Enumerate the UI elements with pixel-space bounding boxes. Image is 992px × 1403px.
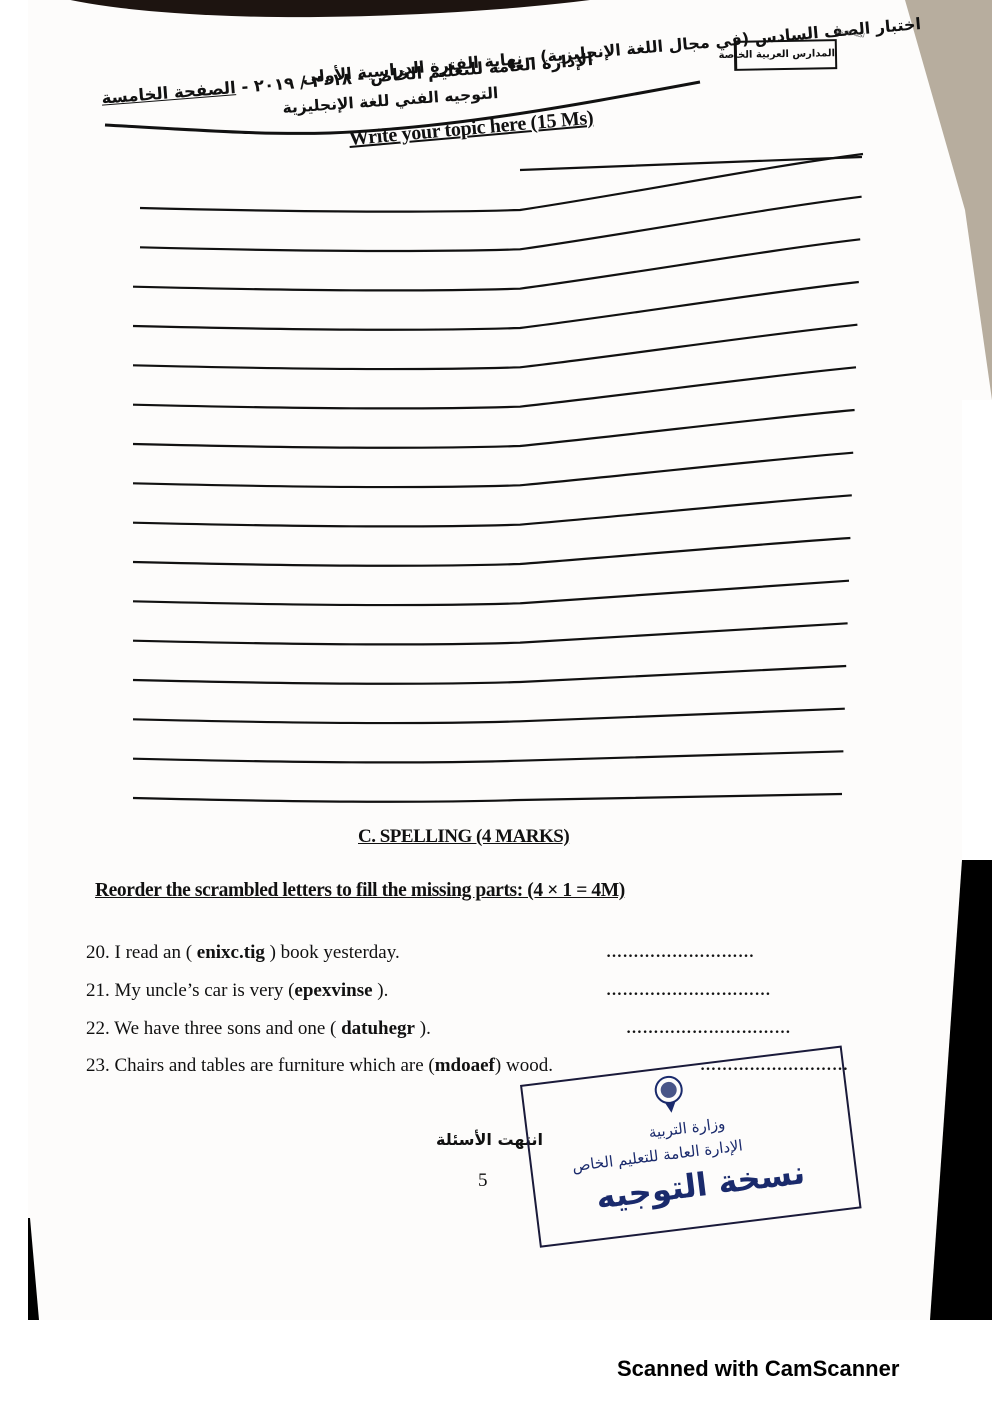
spelling-section-title: C. SPELLING (4 MARKS) (358, 826, 569, 848)
question-text: My uncle’s car is very ( (115, 980, 295, 1001)
question-text: We have three sons and one ( (114, 1018, 341, 1039)
question-text: ) book yesterday. (265, 942, 400, 963)
answer-blank[interactable]: ………………………… (626, 1020, 791, 1038)
question-number: 23. (86, 1055, 115, 1076)
kuwait-emblem-icon (650, 1073, 689, 1117)
scrambled-word: mdoaef (435, 1055, 495, 1076)
scrambled-word: datuhegr (341, 1018, 415, 1039)
spelling-instruction: Reorder the scrambled letters to fill th… (95, 880, 625, 902)
answer-blank[interactable]: ………………………… (606, 982, 771, 1000)
question-number: 20. (86, 942, 115, 963)
scrambled-word: epexvinse (294, 980, 372, 1001)
page-number: 5 (478, 1170, 488, 1192)
spelling-question: 22. We have three sons and one ( datuheg… (86, 1018, 431, 1040)
spelling-question: 21. My uncle’s car is very (epexvinse ). (86, 980, 388, 1002)
question-number: 22. (86, 1018, 114, 1039)
question-text: ) wood. (495, 1055, 553, 1076)
scanned-page: اختبار الصف السادس (في مجال اللغة الإنجل… (0, 0, 992, 1320)
question-text: Chairs and tables are furniture which ar… (115, 1055, 435, 1076)
answer-blank[interactable]: ……………………… (606, 944, 755, 962)
spelling-question: 20. I read an ( enixc.tig ) book yesterd… (86, 942, 400, 964)
scrambled-word: enixc.tig (197, 942, 265, 963)
stamp-ministry: وزارة التربية (648, 1114, 726, 1141)
spelling-question: 23. Chairs and tables are furniture whic… (86, 1055, 553, 1077)
question-number: 21. (86, 980, 115, 1001)
question-text: ). (373, 980, 389, 1001)
question-text: I read an ( (115, 942, 197, 963)
camscanner-watermark: Scanned with CamScanner (617, 1356, 899, 1382)
question-text: ). (415, 1018, 431, 1039)
